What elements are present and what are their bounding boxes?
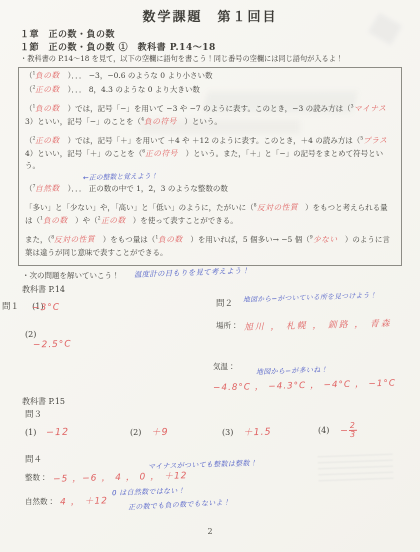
question3-label: 問３ bbox=[25, 408, 42, 420]
question3-part3: (3) ＋1.5 bbox=[222, 420, 272, 439]
printed-text: ）をもつ量は（ bbox=[95, 235, 155, 244]
handwritten-red-answer: 正の数 bbox=[100, 215, 125, 228]
handwritten-red-answer: 正の数 bbox=[35, 83, 60, 96]
handwritten-red-answer: 自然数 bbox=[35, 183, 60, 196]
question3-part4-label: (4) bbox=[318, 426, 329, 435]
handwritten-red-answer: 正の符号 bbox=[145, 147, 178, 160]
question2-map-note-blue: 地図から−がついている所を見つけよう！ bbox=[243, 288, 411, 304]
handwritten-red-answer: 負の数 bbox=[35, 70, 60, 83]
question1-answer1: −3°C bbox=[32, 303, 60, 314]
thermometer-note-blue: 温度計の目もりを見て考えよう！ bbox=[134, 265, 250, 280]
question3-answer1: −12 bbox=[46, 427, 69, 439]
handwritten-note-natural-number: ←正の整数と覚えよう！ bbox=[83, 173, 395, 182]
printed-text: ）を使って表すことができる。 bbox=[125, 216, 238, 225]
printed-text: また，（ bbox=[25, 235, 51, 244]
printed-text: （ bbox=[25, 104, 33, 113]
definition-line-natural-number: （7自然数 ）．．． 正の数の中で 1，2，3 のような整数の数 bbox=[25, 183, 395, 196]
handwritten-red-answer: 少ない bbox=[313, 234, 338, 247]
section-heading: １節 正の数・負の数 ① 教科書 P.14～18 bbox=[20, 40, 216, 53]
handwritten-red-answer: 負の符号 bbox=[144, 115, 177, 128]
question1-answer2: −2.5°C bbox=[33, 339, 72, 350]
question2-temps-answer: −4.8°C ， −4.3°C ， −4°C ， −1°C bbox=[213, 376, 396, 394]
handwritten-red-answer: 負の数 bbox=[158, 234, 183, 247]
printed-text: ）．．． 正の数の中で 1，2，3 のような整数の数 bbox=[60, 184, 228, 193]
printed-text: （ bbox=[25, 85, 33, 94]
question4-natural-row: 自然数： 4 ， ＋12 bbox=[25, 489, 108, 508]
printed-text: ）を用いれば，5 個多い→ −5 個（ bbox=[183, 235, 310, 244]
definition-line-negative-number: （1負の数 ）．．． −3，−0.6 のような 0 より小さい数 bbox=[25, 70, 395, 83]
handwritten-red-answer: 負の数 bbox=[35, 103, 60, 116]
fraction: 23 bbox=[349, 421, 358, 439]
question3-part4: (4) −23 bbox=[318, 418, 358, 439]
printed-text: ）では，記号「＋」を用いて ＋4 や ＋12 のように表す。このとき，＋4 の読… bbox=[60, 136, 360, 145]
question3-answer4-fraction: −23 bbox=[340, 421, 358, 439]
definitions-box: （1負の数 ）．．． −3，−0.6 のような 0 より小さい数 （2正の数 ）… bbox=[18, 67, 402, 266]
question4-integer-note-blue: マイナスがついても整数は整数！ bbox=[148, 458, 257, 472]
printed-text: （ bbox=[25, 71, 33, 80]
printed-text: ）という。 bbox=[177, 117, 222, 126]
scanned-worksheet-page: 数学課題 第１回目 １章 正の数・負の数 １節 正の数・負の数 ① 教科書 P.… bbox=[0, 0, 420, 552]
paragraph-same-meaning: また，（8反対の性質 ）をもつ量は（1負の数 ）を用いれば，5 個多い→ −5 … bbox=[25, 234, 395, 259]
question3-part1-label: (1) bbox=[25, 428, 36, 437]
printed-text: 「多い」と「少ない」や，「高い」と「低い」のように，たがいに（ bbox=[25, 203, 254, 212]
handwritten-red-answer: プラス bbox=[363, 135, 388, 148]
question1-part2-label: (2) bbox=[25, 330, 36, 339]
place-label: 場所： bbox=[216, 321, 239, 330]
handwritten-red-answer: 反対の性質 bbox=[54, 234, 95, 247]
paragraph-negative-sign: （1負の数 ）では，記号「−」を用いて −3 や −7 のように表す。このとき，… bbox=[25, 103, 395, 128]
paragraph-positive-sign: （2正の数 ）では，記号「＋」を用いて ＋4 や ＋12 のように表す。このとき… bbox=[25, 135, 395, 172]
bleedthrough-music-notes bbox=[317, 449, 393, 484]
page-number: 2 bbox=[0, 527, 420, 536]
fraction-numerator: 2 bbox=[350, 421, 356, 430]
paragraph-opposite-property: 「多い」と「少ない」や，「高い」と「低い」のように，たがいに（8反対の性質 ）を… bbox=[25, 202, 395, 227]
question2-label: 問２ bbox=[216, 297, 233, 309]
solve-prompt: ・次の問題を解いていこう！ bbox=[22, 270, 120, 281]
definition-line-positive-number: （2正の数 ）．．． 8，4.3 のような 0 より大きい数 bbox=[25, 84, 395, 97]
question3-answer3: ＋1.5 bbox=[243, 424, 272, 439]
printed-text: ）や（ bbox=[68, 216, 98, 225]
question4-natural-note2-blue: 正の数でも負の数でもないよ！ bbox=[128, 497, 231, 512]
question3-part1: (1) −12 bbox=[25, 420, 70, 439]
printed-text: ）．．． 8，4.3 のような 0 より大きい数 bbox=[60, 85, 200, 94]
question3-part2-label: (2) bbox=[130, 428, 141, 437]
question3-answer2: ＋9 bbox=[151, 424, 169, 438]
textbook-p15-label: 教科書 P.15 bbox=[22, 396, 65, 407]
page-title: 数学課題 第１回目 bbox=[0, 6, 420, 25]
question2-places-answer: 旭川 ， 札幌 ， 釧路 ， 青森 bbox=[243, 316, 391, 333]
question3-part2: (2) ＋9 bbox=[130, 420, 169, 439]
printed-text: （ bbox=[25, 136, 33, 145]
printed-text: （ bbox=[25, 184, 33, 193]
chapter-heading: １章 正の数・負の数 bbox=[20, 27, 115, 40]
question4-natural-answer: 4 ， ＋12 bbox=[60, 493, 108, 507]
handwritten-blue-note: ←正の整数と覚えよう！ bbox=[83, 173, 158, 183]
temperature-label: 気温： bbox=[213, 362, 236, 371]
question2-place-row: 場所： 旭川 ， 札幌 ， 釧路 ， 青森 bbox=[216, 313, 391, 332]
natural-number-label: 自然数： bbox=[25, 497, 55, 506]
printed-text: ）．．． −3，−0.6 のような 0 より小さい数 bbox=[60, 71, 212, 80]
question4-natural-note1-blue: 0 は自然数ではない！ bbox=[112, 486, 185, 499]
handwritten-red-answer: 反対の性質 bbox=[256, 202, 297, 215]
printed-text: ）では，記号「−」を用いて −3 や −7 のように表す。このとき，−3 の読み… bbox=[60, 104, 350, 113]
handwritten-red-answer: 負の数 bbox=[43, 215, 68, 228]
handwritten-red-answer: マイナス bbox=[353, 103, 386, 116]
question1-label: 問１ bbox=[2, 302, 19, 312]
handwritten-red-answer: 正の数 bbox=[35, 135, 60, 148]
question3-part3-label: (3) bbox=[222, 428, 233, 437]
question4-label: 問４ bbox=[25, 453, 42, 465]
integer-label: 整数： bbox=[25, 473, 48, 482]
instruction-line: ・教科書の P.14～18 を見て，以下の空欄に語句を書こう！同じ番号の空欄には… bbox=[20, 54, 343, 64]
fraction-denominator: 3 bbox=[349, 430, 357, 440]
